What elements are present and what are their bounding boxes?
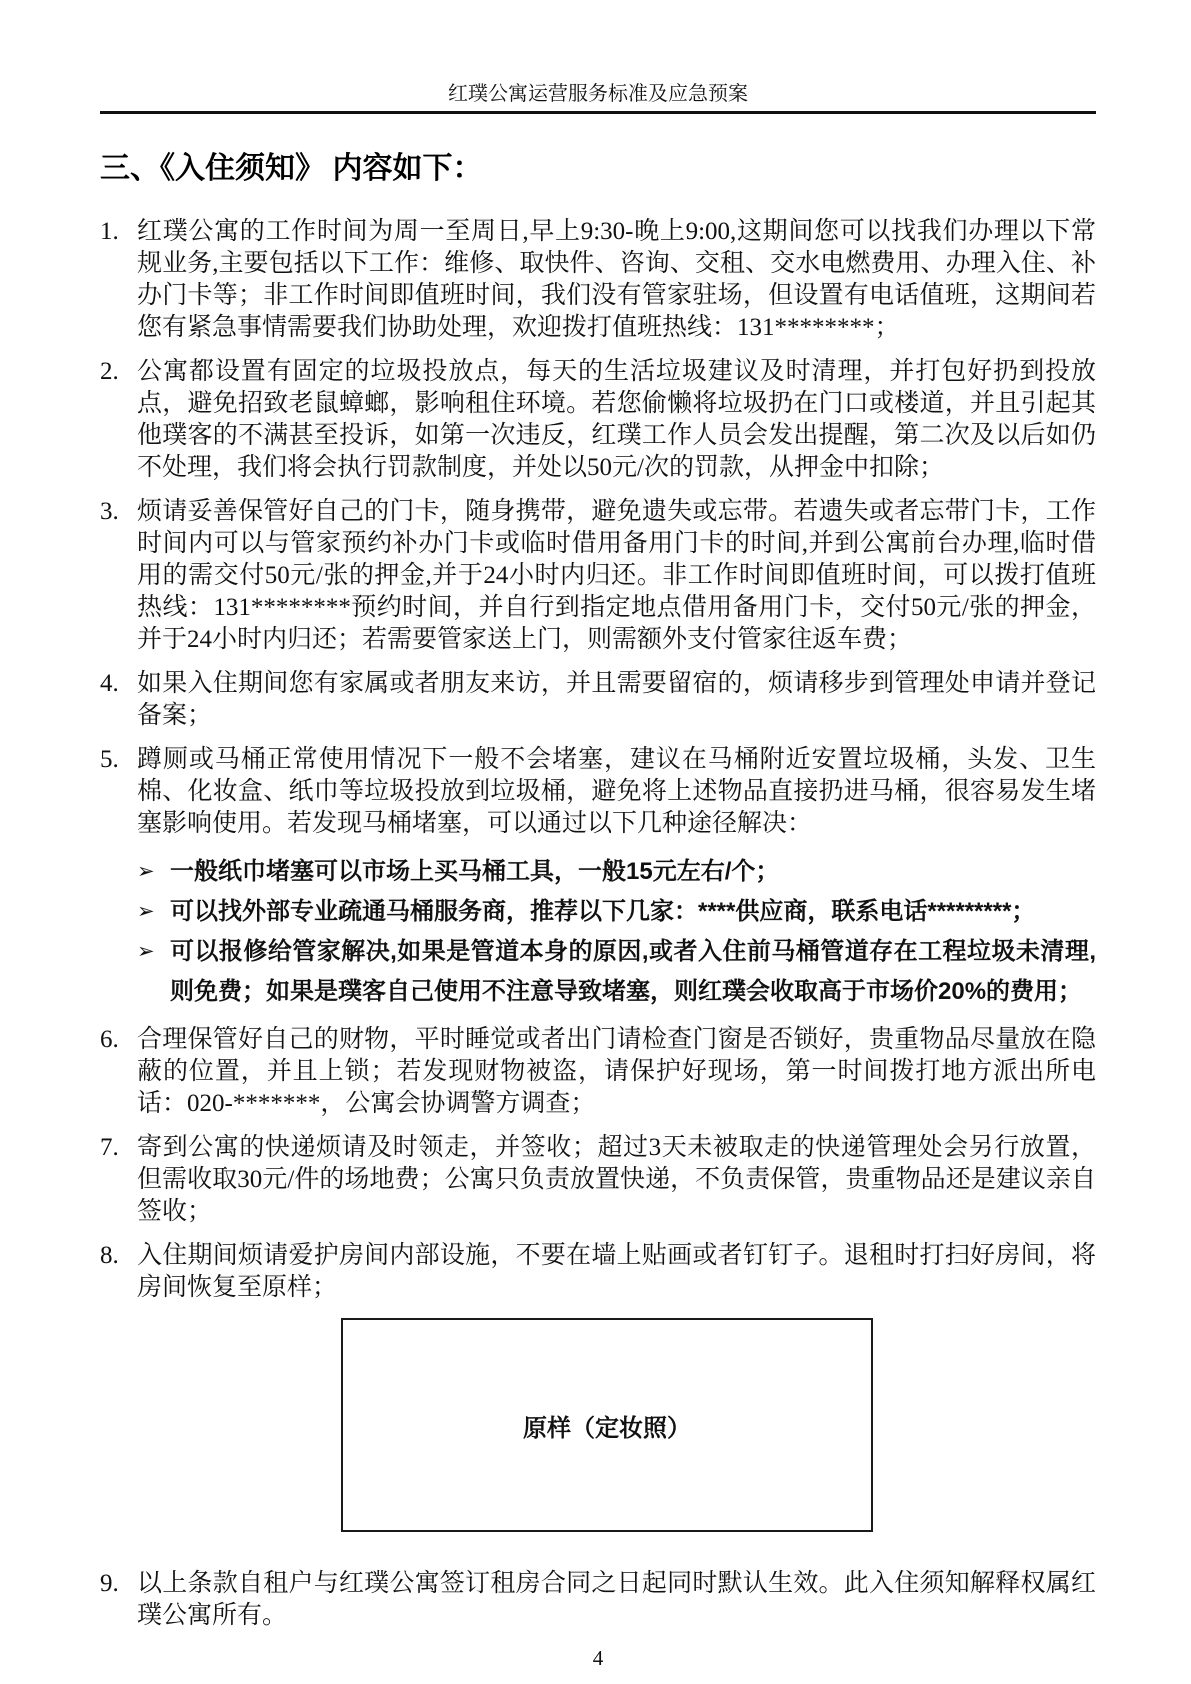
toilet-solutions-list: ➢ 一般纸巾堵塞可以市场上买马桶工具，一般15元左右/个； ➢ 可以找外部专业疏…	[137, 852, 1096, 1012]
item-text: 公寓都设置有固定的垃圾投放点，每天的生活垃圾建议及时清理，并打包好扔到投放点，避…	[137, 356, 1096, 484]
item-text: 红璞公寓的工作时间为周一至周日,早上9:30-晚上9:00,这期间您可以找我们办…	[137, 216, 1096, 344]
page-header: 红璞公寓运营服务标准及应急预案	[100, 82, 1096, 114]
page-header-title: 红璞公寓运营服务标准及应急预案	[448, 83, 748, 105]
list-item: ➢ 可以找外部专业疏通马桶服务商，推荐以下几家：****供应商，联系电话****…	[137, 892, 1096, 932]
list-item: ➢ 可以报修给管家解决,如果是管道本身的原因,或者入住前马桶管道存在工程垃圾未清…	[137, 932, 1096, 1012]
item-number: 6.	[100, 1024, 137, 1120]
item-text: 寄到公寓的快递烦请及时领走，并签收；超过3天未被取走的快递管理处会另行放置，但需…	[137, 1132, 1096, 1228]
notice-item-4: 4. 如果入住期间您有家属或者朋友来访，并且需要留宿的，烦请移步到管理处申请并登…	[100, 668, 1096, 732]
item-text: 烦请妥善保管好自己的门卡，随身携带，避免遗失或忘带。若遗失或者忘带门卡，工作时间…	[137, 496, 1096, 656]
arrow-bullet-icon: ➢	[137, 852, 170, 892]
item-number: 8.	[100, 1240, 137, 1304]
item-number: 3.	[100, 496, 137, 656]
notice-item-9: 9. 以上条款自租户与红璞公寓签订租房合同之日起同时默认生效。此入住须知解释权属…	[100, 1568, 1096, 1632]
section-title: 三、《入住须知》 内容如下：	[100, 152, 1096, 186]
notice-item-7: 7. 寄到公寓的快递烦请及时领走，并签收；超过3天未被取走的快递管理处会另行放置…	[100, 1132, 1096, 1228]
item-number: 5.	[100, 744, 137, 840]
item-number: 9.	[100, 1568, 137, 1632]
document-page: 红璞公寓运营服务标准及应急预案 三、《入住须知》 内容如下： 1. 红璞公寓的工…	[0, 0, 1191, 1684]
item-number: 4.	[100, 668, 137, 732]
item-number: 7.	[100, 1132, 137, 1228]
photo-placeholder-box: 原样（定妆照）	[341, 1318, 873, 1532]
photo-placeholder-label: 原样（定妆照）	[523, 1408, 691, 1443]
notice-item-6: 6. 合理保管好自己的财物，平时睡觉或者出门请检查门窗是否锁好，贵重物品尽量放在…	[100, 1024, 1096, 1120]
notice-item-8: 8. 入住期间烦请爱护房间内部设施，不要在墙上贴画或者钉钉子。退租时打扫好房间，…	[100, 1240, 1096, 1304]
arrow-bullet-icon: ➢	[137, 892, 170, 932]
bullet-text: 一般纸巾堵塞可以市场上买马桶工具，一般15元左右/个；	[170, 852, 1096, 892]
list-item: ➢ 一般纸巾堵塞可以市场上买马桶工具，一般15元左右/个；	[137, 852, 1096, 892]
bullet-text: 可以找外部专业疏通马桶服务商，推荐以下几家：****供应商，联系电话******…	[170, 892, 1096, 932]
notice-item-3: 3. 烦请妥善保管好自己的门卡，随身携带，避免遗失或忘带。若遗失或者忘带门卡，工…	[100, 496, 1096, 656]
item-text: 如果入住期间您有家属或者朋友来访，并且需要留宿的，烦请移步到管理处申请并登记备案…	[137, 668, 1096, 732]
bullet-text: 可以报修给管家解决,如果是管道本身的原因,或者入住前马桶管道存在工程垃圾未清理,…	[170, 932, 1096, 1012]
item-text: 合理保管好自己的财物，平时睡觉或者出门请检查门窗是否锁好，贵重物品尽量放在隐蔽的…	[137, 1024, 1096, 1120]
item-number: 2.	[100, 356, 137, 484]
item-text: 蹲厕或马桶正常使用情况下一般不会堵塞，建议在马桶附近安置垃圾桶，头发、卫生棉、化…	[137, 744, 1096, 840]
notice-item-1: 1. 红璞公寓的工作时间为周一至周日,早上9:30-晚上9:00,这期间您可以找…	[100, 216, 1096, 344]
page-number: 4	[100, 1646, 1096, 1671]
notice-item-2: 2. 公寓都设置有固定的垃圾投放点，每天的生活垃圾建议及时清理，并打包好扔到投放…	[100, 356, 1096, 484]
item-text: 以上条款自租户与红璞公寓签订租房合同之日起同时默认生效。此入住须知解释权属红璞公…	[137, 1568, 1096, 1632]
notice-list: 1. 红璞公寓的工作时间为周一至周日,早上9:30-晚上9:00,这期间您可以找…	[100, 216, 1096, 1632]
notice-item-5: 5. 蹲厕或马桶正常使用情况下一般不会堵塞，建议在马桶附近安置垃圾桶，头发、卫生…	[100, 744, 1096, 840]
item-number: 1.	[100, 216, 137, 344]
arrow-bullet-icon: ➢	[137, 932, 170, 1012]
item-text: 入住期间烦请爱护房间内部设施，不要在墙上贴画或者钉钉子。退租时打扫好房间，将房间…	[137, 1240, 1096, 1304]
